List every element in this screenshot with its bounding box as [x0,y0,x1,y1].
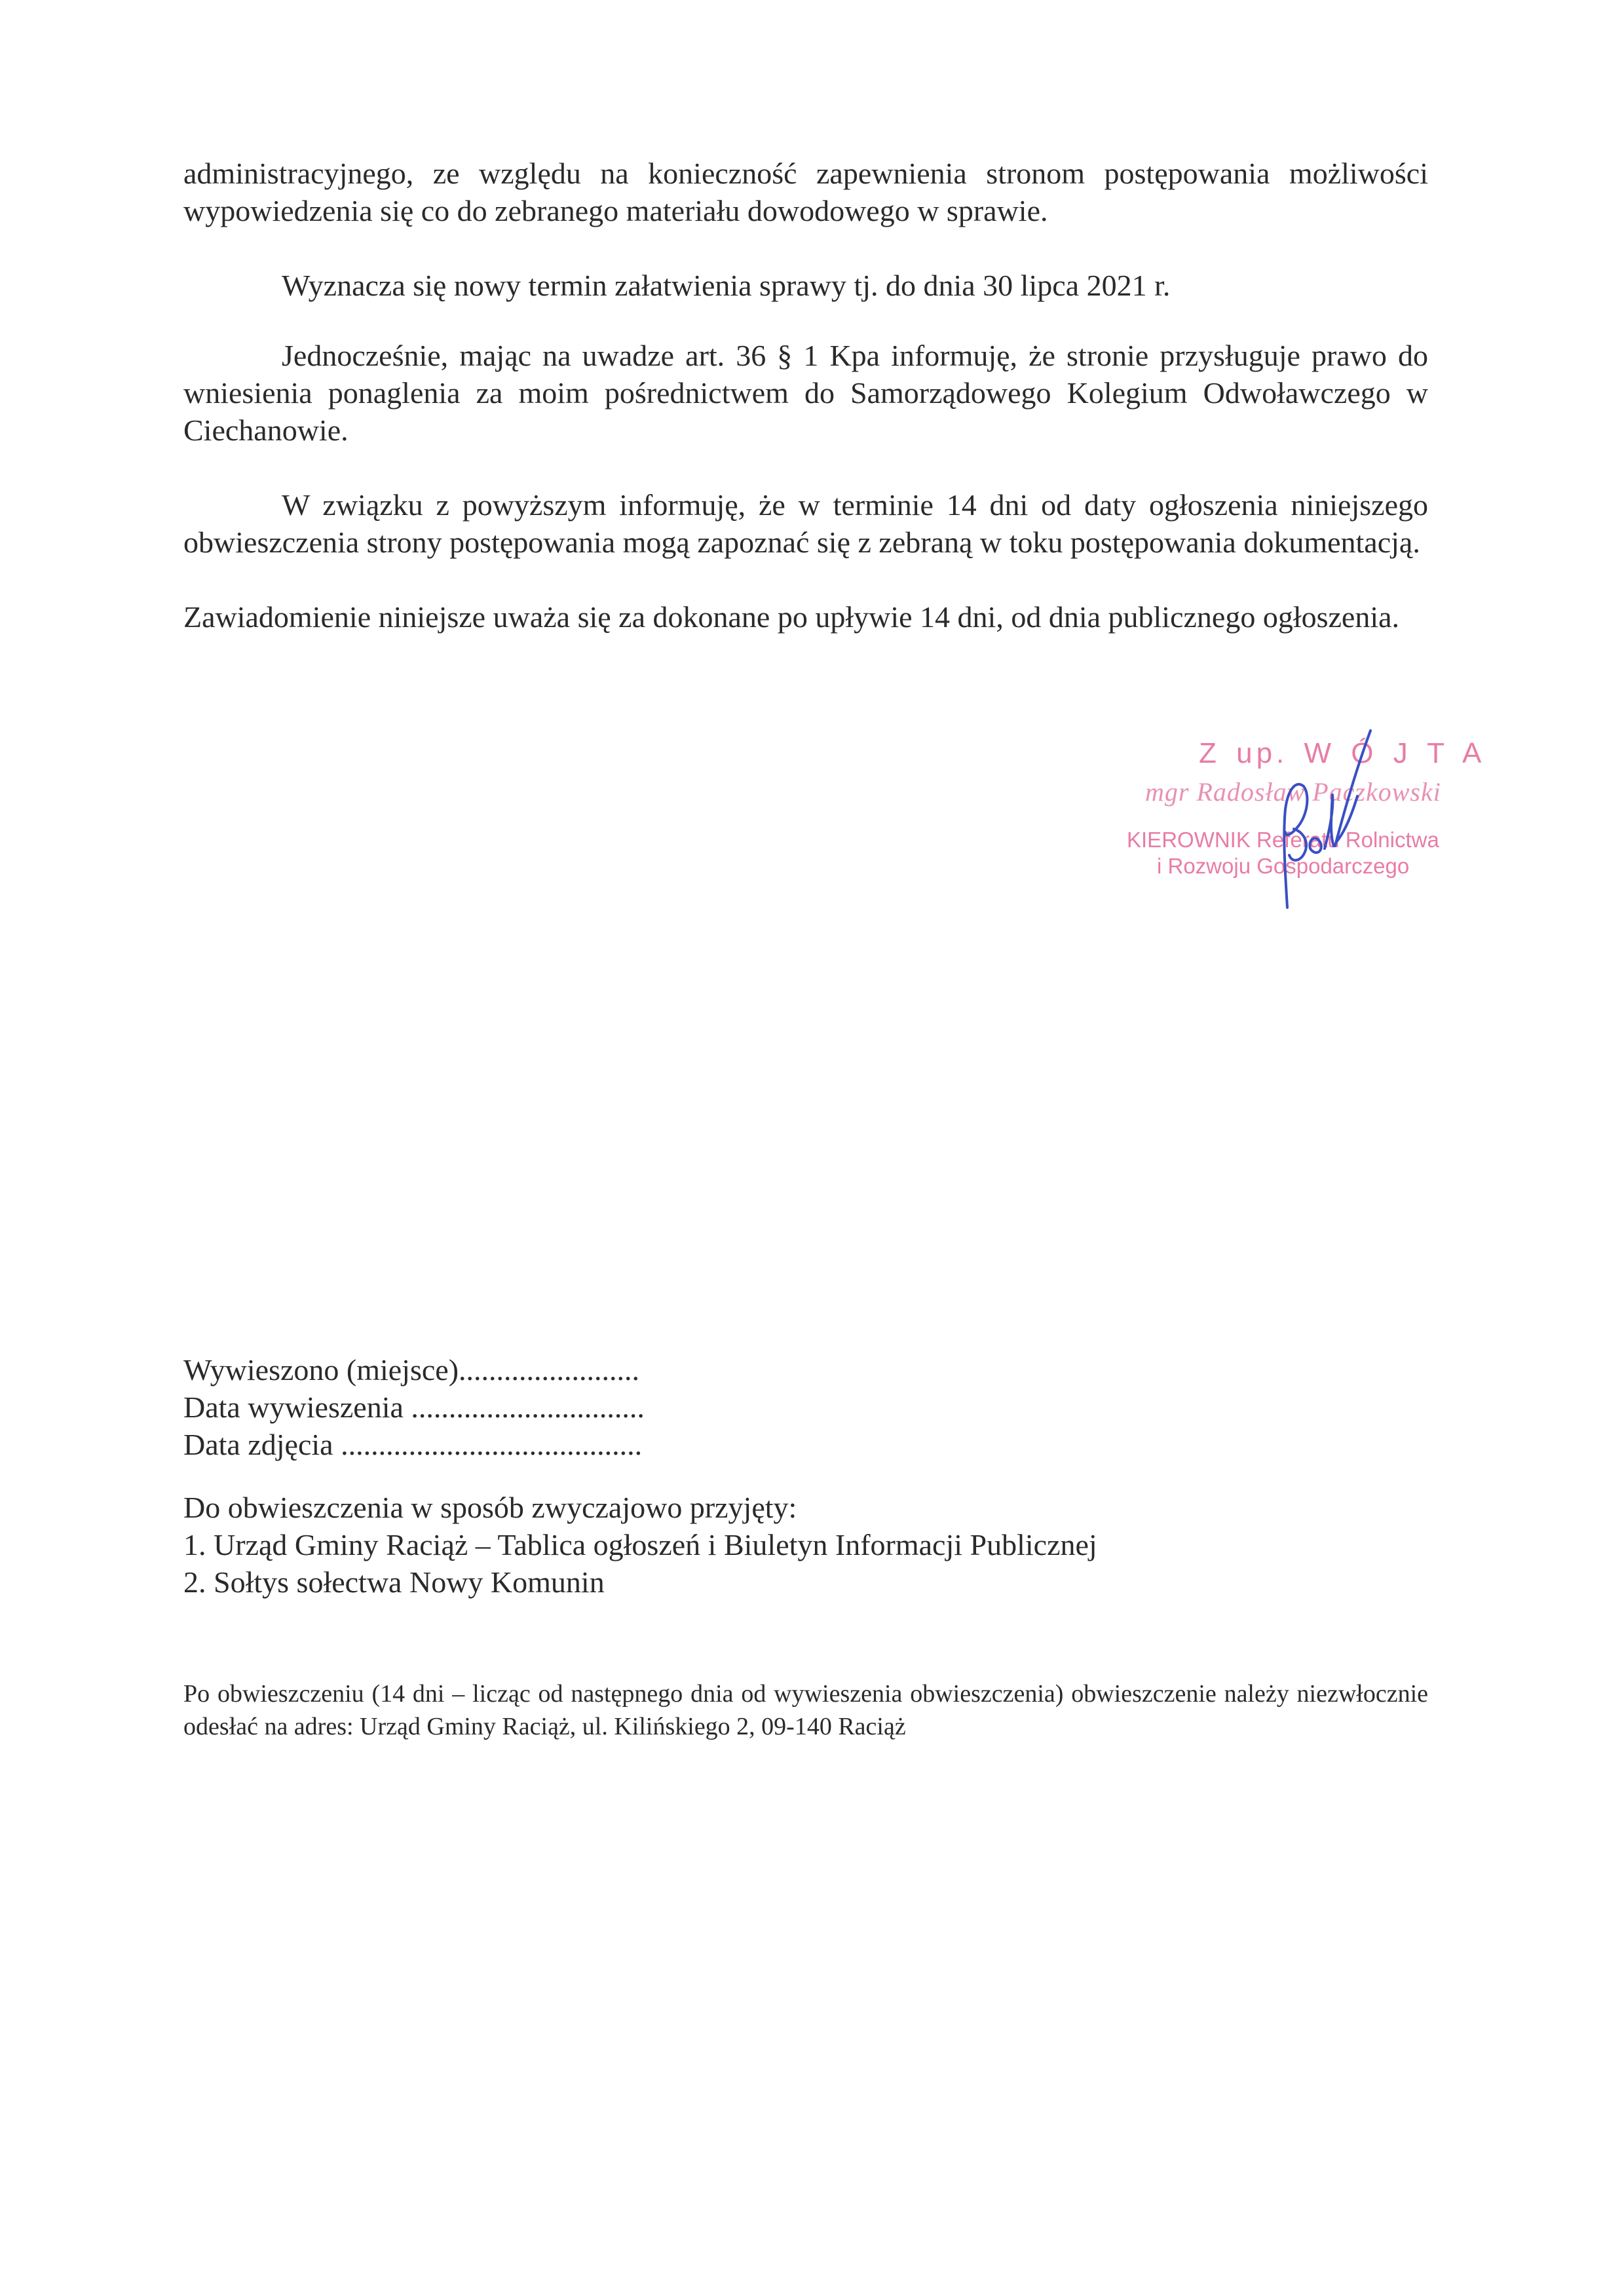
distribution-heading: Do obwieszczenia w sposób zwyczajowo prz… [183,1489,1428,1526]
paragraph-justification: administracyjnego, ze względu na koniecz… [183,155,1428,229]
posting-place-field: Wywieszono (miejsce)....................… [183,1351,1101,1388]
paragraph-notice-effective: Zawiadomienie niniejsze uważa się za dok… [183,598,1428,636]
official-stamp: Z up. W Ó J T A mgr Radosław Paczkowski … [1114,717,1507,914]
distribution-list: Do obwieszczenia w sposób zwyczajowo prz… [183,1489,1428,1601]
paragraph-new-deadline: Wyznacza się nowy termin załatwienia spr… [183,267,1428,304]
distribution-item: 2. Sołtys sołectwa Nowy Komunin [183,1563,1428,1601]
distribution-item: 1. Urząd Gminy Raciąż – Tablica ogłoszeń… [183,1526,1428,1563]
removal-date-field: Data zdjęcia ...........................… [183,1426,1101,1463]
handwritten-signature-icon [1114,717,1507,914]
paragraph-appeal-right: Jednocześnie, mając na uwadze art. 36 § … [183,337,1428,449]
document-page: administracyjnego, ze względu na koniecz… [0,0,1624,2296]
footer-return-note: Po obwieszczeniu (14 dni – licząc od nas… [183,1677,1428,1743]
posting-info: Wywieszono (miejsce)....................… [183,1351,1101,1463]
posting-date-field: Data wywieszenia .......................… [183,1388,1101,1426]
paragraph-documentation-access: W związku z powyższym informuję, że w te… [183,486,1428,561]
